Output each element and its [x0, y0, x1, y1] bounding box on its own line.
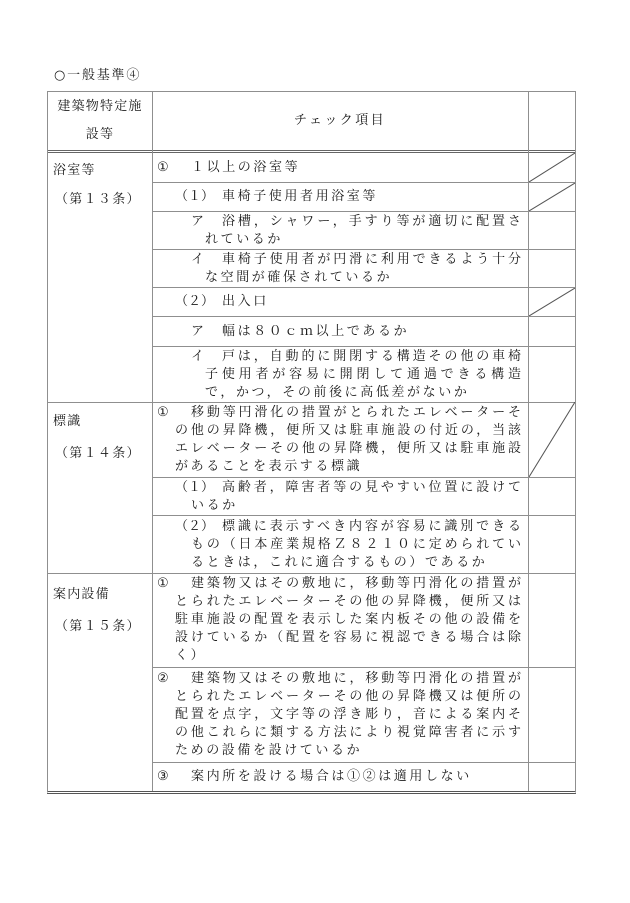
check-row: （２）標識に表示すべき内容が容易に識別できる もの（日本産業規格Ｚ８２１０に定め…	[152, 515, 575, 573]
item-text: 車椅子使用者が円滑に利用できるよう十分	[222, 251, 521, 269]
check-cell-not-applicable	[529, 153, 575, 182]
check-row: ①移動等円滑化の措置がとられたエレベーターそ の他の昇降機，便所又は駐車施設の付…	[152, 402, 575, 477]
item-text-continued: ための設備を設けているか	[175, 742, 362, 760]
check-cell	[529, 478, 575, 515]
check-item: ア浴槽，シャワー，手すり等が適切に配置さ れているか	[152, 212, 528, 249]
check-item: イ車椅子使用者が円滑に利用できるよう十分 な空間が確保されているか	[152, 250, 528, 287]
item-text-continued: 子使用者が容易に開閉して通過できる構造	[205, 366, 521, 384]
check-row: イ戸は，自動的に開閉する構造その他の車椅 子使用者が容易に開閉して通過できる構造…	[152, 346, 575, 402]
check-row: ①１以上の浴室等	[152, 153, 575, 182]
check-cell	[529, 763, 575, 791]
item-text: 建築物又はその敷地に，移動等円滑化の措置が	[191, 670, 521, 688]
item-text-continued: エレベーターその他の昇降機，便所又は駐車施設	[175, 440, 521, 458]
check-row: （１）高齢者，障害者等の見やすい位置に設けて いるか	[152, 477, 575, 515]
item-text-continued: るときは，これに適合するもの）であるか	[191, 554, 487, 572]
article-label: （第１３条）	[55, 191, 141, 209]
item-text: 車椅子使用者用浴室等	[222, 188, 378, 206]
item-text: 標識に表示すべき内容が容易に識別できる	[222, 518, 521, 536]
section-bathroom: 浴室等 （第１３条）	[48, 153, 152, 402]
item-text-continued: の他これらに類する方法により視覚障害者に示す	[175, 724, 521, 742]
check-cell	[529, 573, 575, 667]
item-text-continued: く）	[175, 647, 206, 665]
check-row: ③案内所を設ける場合は①②は適用しない	[152, 762, 575, 791]
facility-label: 標識	[53, 413, 81, 431]
check-cell	[529, 668, 575, 762]
item-marker: ①	[157, 159, 169, 177]
check-item: （１）高齢者，障害者等の見やすい位置に設けて いるか	[152, 478, 528, 515]
column-divider	[528, 92, 529, 791]
check-row: ア幅は８０ｃｍ以上であるか	[152, 316, 575, 346]
check-row: （１）車椅子使用者用浴室等	[152, 182, 575, 211]
check-cell	[529, 212, 575, 249]
check-item: ①建築物又はその敷地に，移動等円滑化の措置が とられたエレベーターその他の昇降機…	[152, 573, 528, 667]
column-divider	[152, 92, 153, 791]
check-item: ①１以上の浴室等	[152, 153, 528, 182]
diagonal-slash-icon	[529, 288, 575, 316]
item-marker: イ	[191, 251, 204, 269]
item-text: 出入口	[222, 293, 269, 311]
diagonal-slash-icon	[529, 402, 575, 477]
check-cell-not-applicable	[529, 288, 575, 316]
check-item: （１）車椅子使用者用浴室等	[152, 183, 528, 211]
item-text-continued: で，かつ，その前後に高低差がないか	[205, 384, 469, 402]
item-text: １以上の浴室等	[191, 159, 300, 177]
facility-label: 案内設備	[53, 586, 110, 604]
check-row: イ車椅子使用者が円滑に利用できるよう十分 な空間が確保されているか	[152, 249, 575, 287]
item-text-continued: れているか	[205, 231, 283, 249]
diagonal-slash-icon	[529, 183, 575, 211]
item-text-continued: とられたエレベーターその他の昇降機又は便所の	[175, 688, 521, 706]
check-item: ③案内所を設ける場合は①②は適用しない	[152, 763, 528, 791]
item-text: 浴槽，シャワー，手すり等が適切に配置さ	[222, 213, 521, 231]
item-text-continued: 駐車施設の配置を表示した案内板その他の設備を	[175, 611, 521, 629]
item-marker: ア	[191, 213, 204, 231]
item-text: 案内所を設ける場合は①②は適用しない	[191, 768, 472, 786]
page-title: ○一般基準④	[54, 67, 141, 85]
diagonal-slash-icon	[529, 153, 575, 182]
item-text: 高齢者，障害者等の見やすい位置に設けて	[222, 479, 521, 497]
check-cell	[529, 516, 575, 573]
check-cell-not-applicable	[529, 402, 575, 477]
check-row: ②建築物又はその敷地に，移動等円滑化の措置が とられたエレベーターその他の昇降機…	[152, 667, 575, 762]
check-item: （２）標識に表示すべき内容が容易に識別できる もの（日本産業規格Ｚ８２１０に定め…	[152, 516, 528, 573]
item-text-continued: な空間が確保されているか	[205, 269, 392, 287]
item-marker: ①	[157, 575, 169, 593]
item-marker: （１）	[175, 188, 214, 206]
item-marker: （２）	[175, 293, 214, 311]
item-marker: イ	[191, 348, 204, 366]
article-label: （第１４条）	[55, 445, 141, 463]
item-marker: ア	[191, 323, 204, 341]
check-row: ア浴槽，シャワー，手すり等が適切に配置さ れているか	[152, 211, 575, 249]
header-check-items: チェック項目	[152, 112, 528, 130]
item-text-continued: の他の昇降機，便所又は駐車施設の付近の，当該	[175, 422, 521, 440]
item-text-continued: とられたエレベーターその他の昇降機，便所又は	[175, 593, 521, 611]
check-cell-not-applicable	[529, 183, 575, 211]
check-item: ②建築物又はその敷地に，移動等円滑化の措置が とられたエレベーターその他の昇降機…	[152, 668, 528, 762]
item-text: 移動等円滑化の措置がとられたエレベーターそ	[191, 404, 521, 422]
check-item: イ戸は，自動的に開閉する構造その他の車椅 子使用者が容易に開閉して通過できる構造…	[152, 347, 528, 402]
check-cell	[529, 317, 575, 346]
item-marker: （１）	[175, 479, 214, 497]
facility-label: 浴室等	[53, 162, 96, 180]
check-item: ①移動等円滑化の措置がとられたエレベーターそ の他の昇降機，便所又は駐車施設の付…	[152, 402, 528, 477]
check-cell	[529, 250, 575, 287]
check-cell	[529, 347, 575, 402]
item-marker: ③	[157, 768, 169, 786]
check-row: （２）出入口	[152, 287, 575, 316]
item-text: 建築物又はその敷地に，移動等円滑化の措置が	[191, 575, 521, 593]
item-marker: ②	[157, 670, 169, 688]
item-text: 幅は８０ｃｍ以上であるか	[222, 323, 409, 341]
article-label: （第１５条）	[55, 618, 141, 636]
item-text-continued: 設けているか（配置を容易に視認できる場合は除	[175, 629, 521, 647]
header-facility-line1: 建築物特定施	[48, 98, 152, 116]
check-row: ①建築物又はその敷地に，移動等円滑化の措置が とられたエレベーターその他の昇降機…	[152, 573, 575, 667]
item-text-continued: があることを表示する標識	[175, 458, 362, 476]
item-marker: （２）	[175, 518, 214, 536]
checklist-table: 建築物特定施 設等 チェック項目 浴室等 （第１３条） 標識 （第１４条） 案内…	[47, 91, 576, 794]
check-item: （２）出入口	[152, 288, 528, 316]
item-text: 戸は，自動的に開閉する構造その他の車椅	[222, 348, 521, 366]
header-facility-line2: 設等	[48, 126, 152, 144]
item-text-continued: もの（日本産業規格Ｚ８２１０に定められてい	[191, 536, 521, 554]
check-item: ア幅は８０ｃｍ以上であるか	[152, 317, 528, 346]
item-text-continued: 配置を点字，文字等の浮き彫り，音による案内そ	[175, 706, 521, 724]
item-text-continued: いるか	[191, 497, 238, 515]
item-marker: ①	[157, 404, 169, 422]
